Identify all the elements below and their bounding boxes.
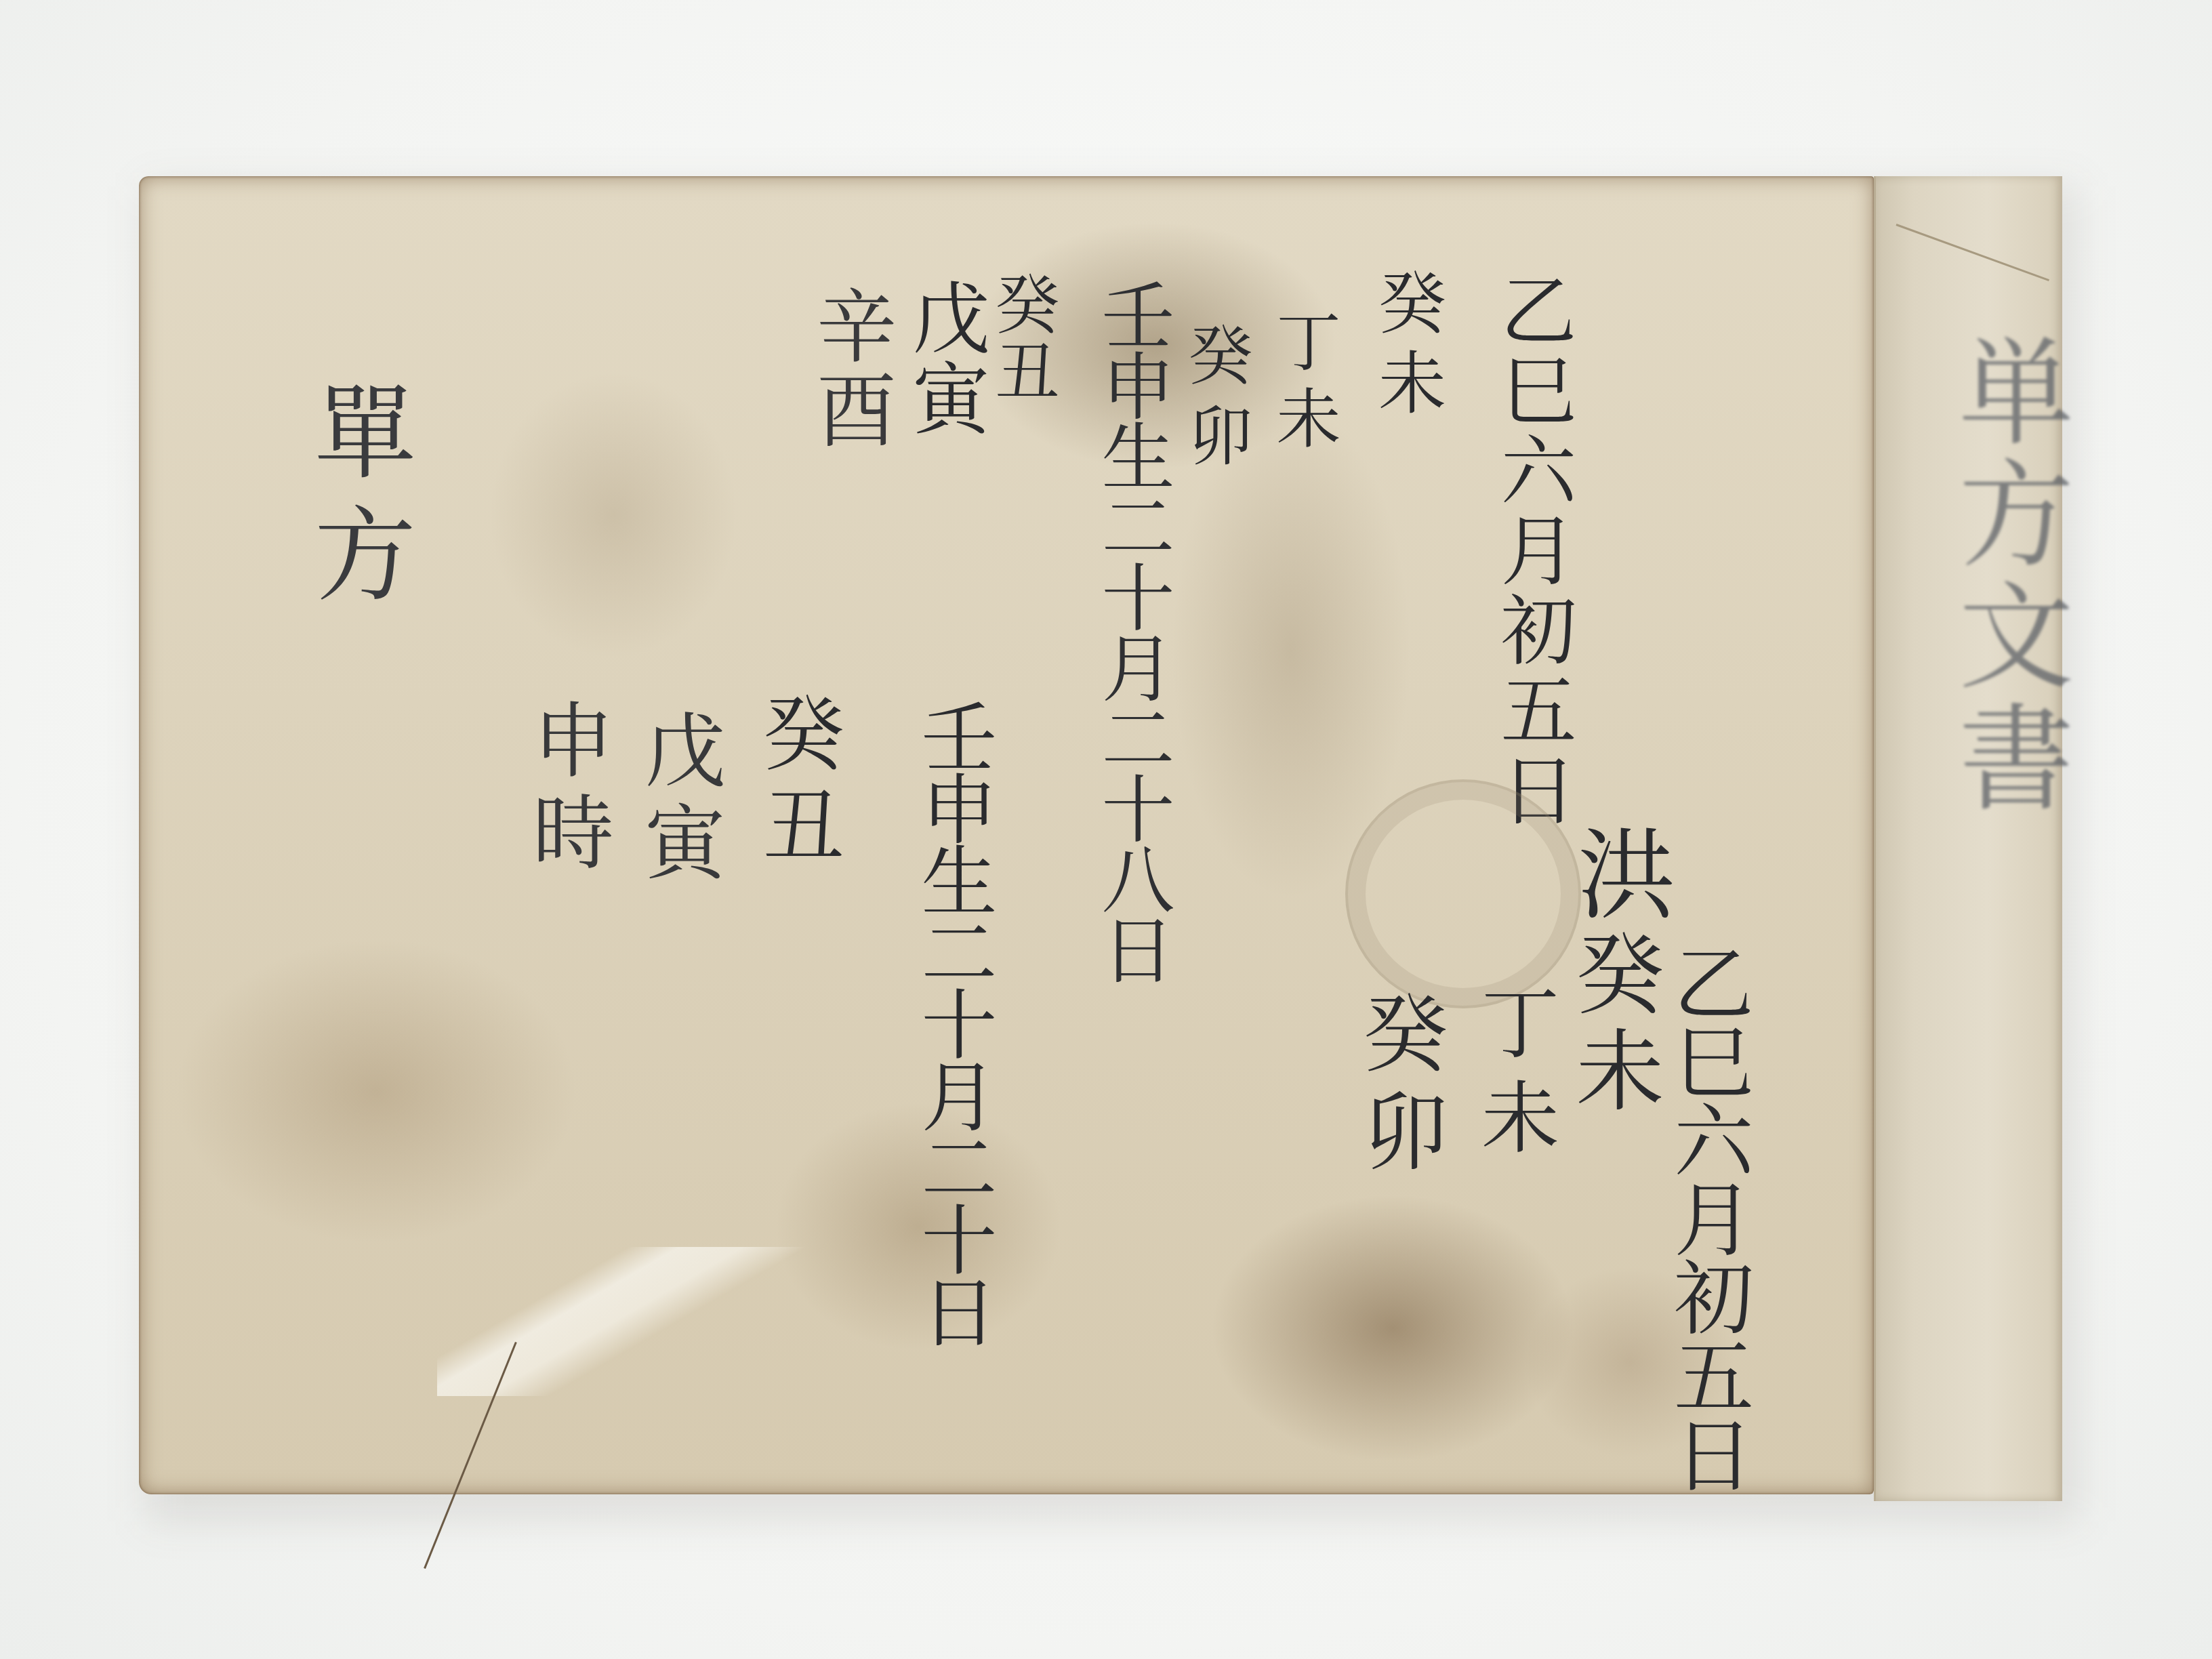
lower-col-year-pillar-2: 癸丑 [756,691,837,876]
lower-col-year-pillar: 癸未 [1569,928,1657,1121]
faded-seal-stamp [1345,779,1581,1008]
lower-col-day-pillar: 癸卯 [1355,989,1440,1186]
lower-col-hour-pillar: 申時 [525,698,607,882]
spine-fold-line [1896,224,2049,281]
lower-col-surname: 洪 [1569,823,1667,922]
upper-col-year-pillar: 癸未 [1372,268,1440,428]
upper-col-year-pillar-2: 癸丑 [989,271,1054,405]
lower-col-date: 乙巳六月初五日 [1667,942,1747,1492]
lower-col-birth: 壬申生二十月二十日 [915,698,991,1345]
lower-col-month-pillar-2: 戊寅 [637,708,718,893]
upper-col-month-pillar: 丁未 [1271,308,1335,462]
upper-col-birth: 壬申生二十月二十八日 [1094,278,1168,983]
booklet: 單方 乙巳六月初五日 癸未 丁未 癸卯 壬申生二十月二十八日 癸丑 戊寅 辛酉 … [139,176,2060,1501]
lower-col-month-pillar: 丁未 [1474,983,1552,1171]
upper-col-date: 乙巳六月初五日 [1494,271,1570,831]
document-title: 單方 [305,380,407,623]
torn-repair-patch [437,1247,817,1396]
cover-page: 單方 乙巳六月初五日 癸未 丁未 癸卯 壬申生二十月二十八日 癸丑 戊寅 辛酉 … [139,176,1874,1494]
upper-col-day-pillar: 癸卯 [1183,322,1247,483]
booklet-spine: 単方文書 [1874,176,2062,1501]
upper-col-hour-pillar: 辛酉 [810,285,890,453]
spine-label: 単方文書 [1923,332,2089,820]
upper-col-month-pillar-2: 戊寅 [905,278,983,439]
